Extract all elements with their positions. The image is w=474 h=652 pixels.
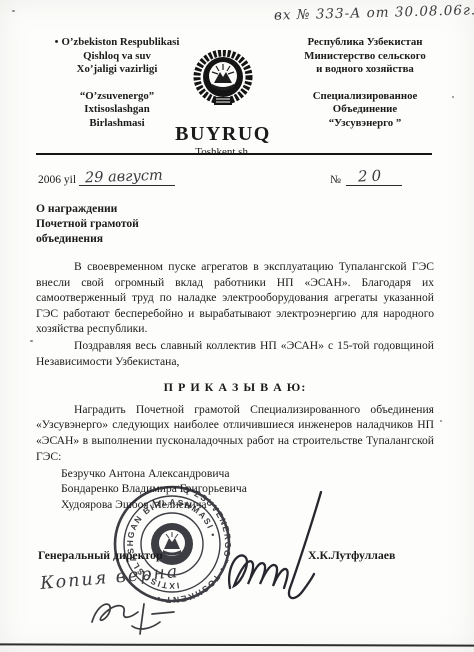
- paragraph-award: Наградить Почетной грамотой Специализиро…: [36, 402, 434, 464]
- scan-page-edge: [0, 643, 474, 647]
- subject-line: Почетной грамотой: [36, 216, 434, 231]
- org-line: Специализированное: [266, 90, 464, 104]
- subject-block: О награждении Почетной грамотой объедине…: [36, 201, 434, 246]
- incoming-registration-note: вх № 333-А от 30.08.06г.: [274, 2, 474, 23]
- handwritten-number: 20: [358, 167, 386, 186]
- ministry-line: Министерство сельского: [266, 50, 464, 64]
- paragraph-congratulation: Поздравляя весь славный коллектив НП «ЭС…: [36, 338, 434, 369]
- ministry-line: и водного хозяйства: [266, 63, 464, 77]
- scan-speck: [12, 10, 15, 12]
- uzbekistan-state-emblem-icon: [192, 50, 254, 108]
- number-label: №: [330, 174, 341, 186]
- scan-speck: [452, 96, 454, 98]
- document-body: О награждении Почетной грамотой объедине…: [36, 201, 434, 512]
- org-line: Объединение: [266, 103, 464, 117]
- scan-speck: [30, 340, 33, 342]
- order-heading: П Р И К А З Ы В А Ю:: [36, 380, 434, 396]
- signer-name: Х.К.Лутфуллаев: [308, 548, 395, 563]
- letterhead-russian: Республика Узбекистан Министерство сельс…: [266, 36, 464, 131]
- position-title: Генеральный директор: [38, 548, 163, 563]
- scanned-order-document: вх № 333-А от 30.08.06г. •O’zbekiston Re…: [0, 0, 474, 652]
- round-seal-stamp-icon: IXTISOSLASHGAN BIRLASHMASI • “O’ZSUVENER…: [110, 482, 234, 606]
- paragraph-intro: В своевременном пуске агрегатов в эксплу…: [36, 259, 434, 337]
- year-label: 2006 yil: [38, 174, 76, 186]
- ministry-line: Республика Узбекистан: [266, 36, 464, 50]
- bullet-icon: •: [55, 36, 59, 48]
- date-blank-line: 29 август: [79, 169, 175, 186]
- awardee-name: Безручко Антона Александровича: [61, 466, 434, 481]
- scan-speck: [440, 420, 442, 422]
- org-line: “Узсувэнерго ”: [266, 117, 464, 131]
- date-number-row: 2006 yil29 август №20: [36, 163, 434, 191]
- subject-line: О награждении: [36, 201, 434, 216]
- handwritten-date: 29 август: [85, 168, 163, 187]
- ministry-line: •O’zbekiston Respublikasi: [26, 36, 208, 50]
- number-blank-line: 20: [346, 169, 402, 186]
- certifier-signature-icon: [82, 592, 178, 642]
- subject-line: объединения: [36, 231, 434, 246]
- director-signature-icon: [224, 486, 342, 608]
- letterhead-divider: [36, 153, 432, 155]
